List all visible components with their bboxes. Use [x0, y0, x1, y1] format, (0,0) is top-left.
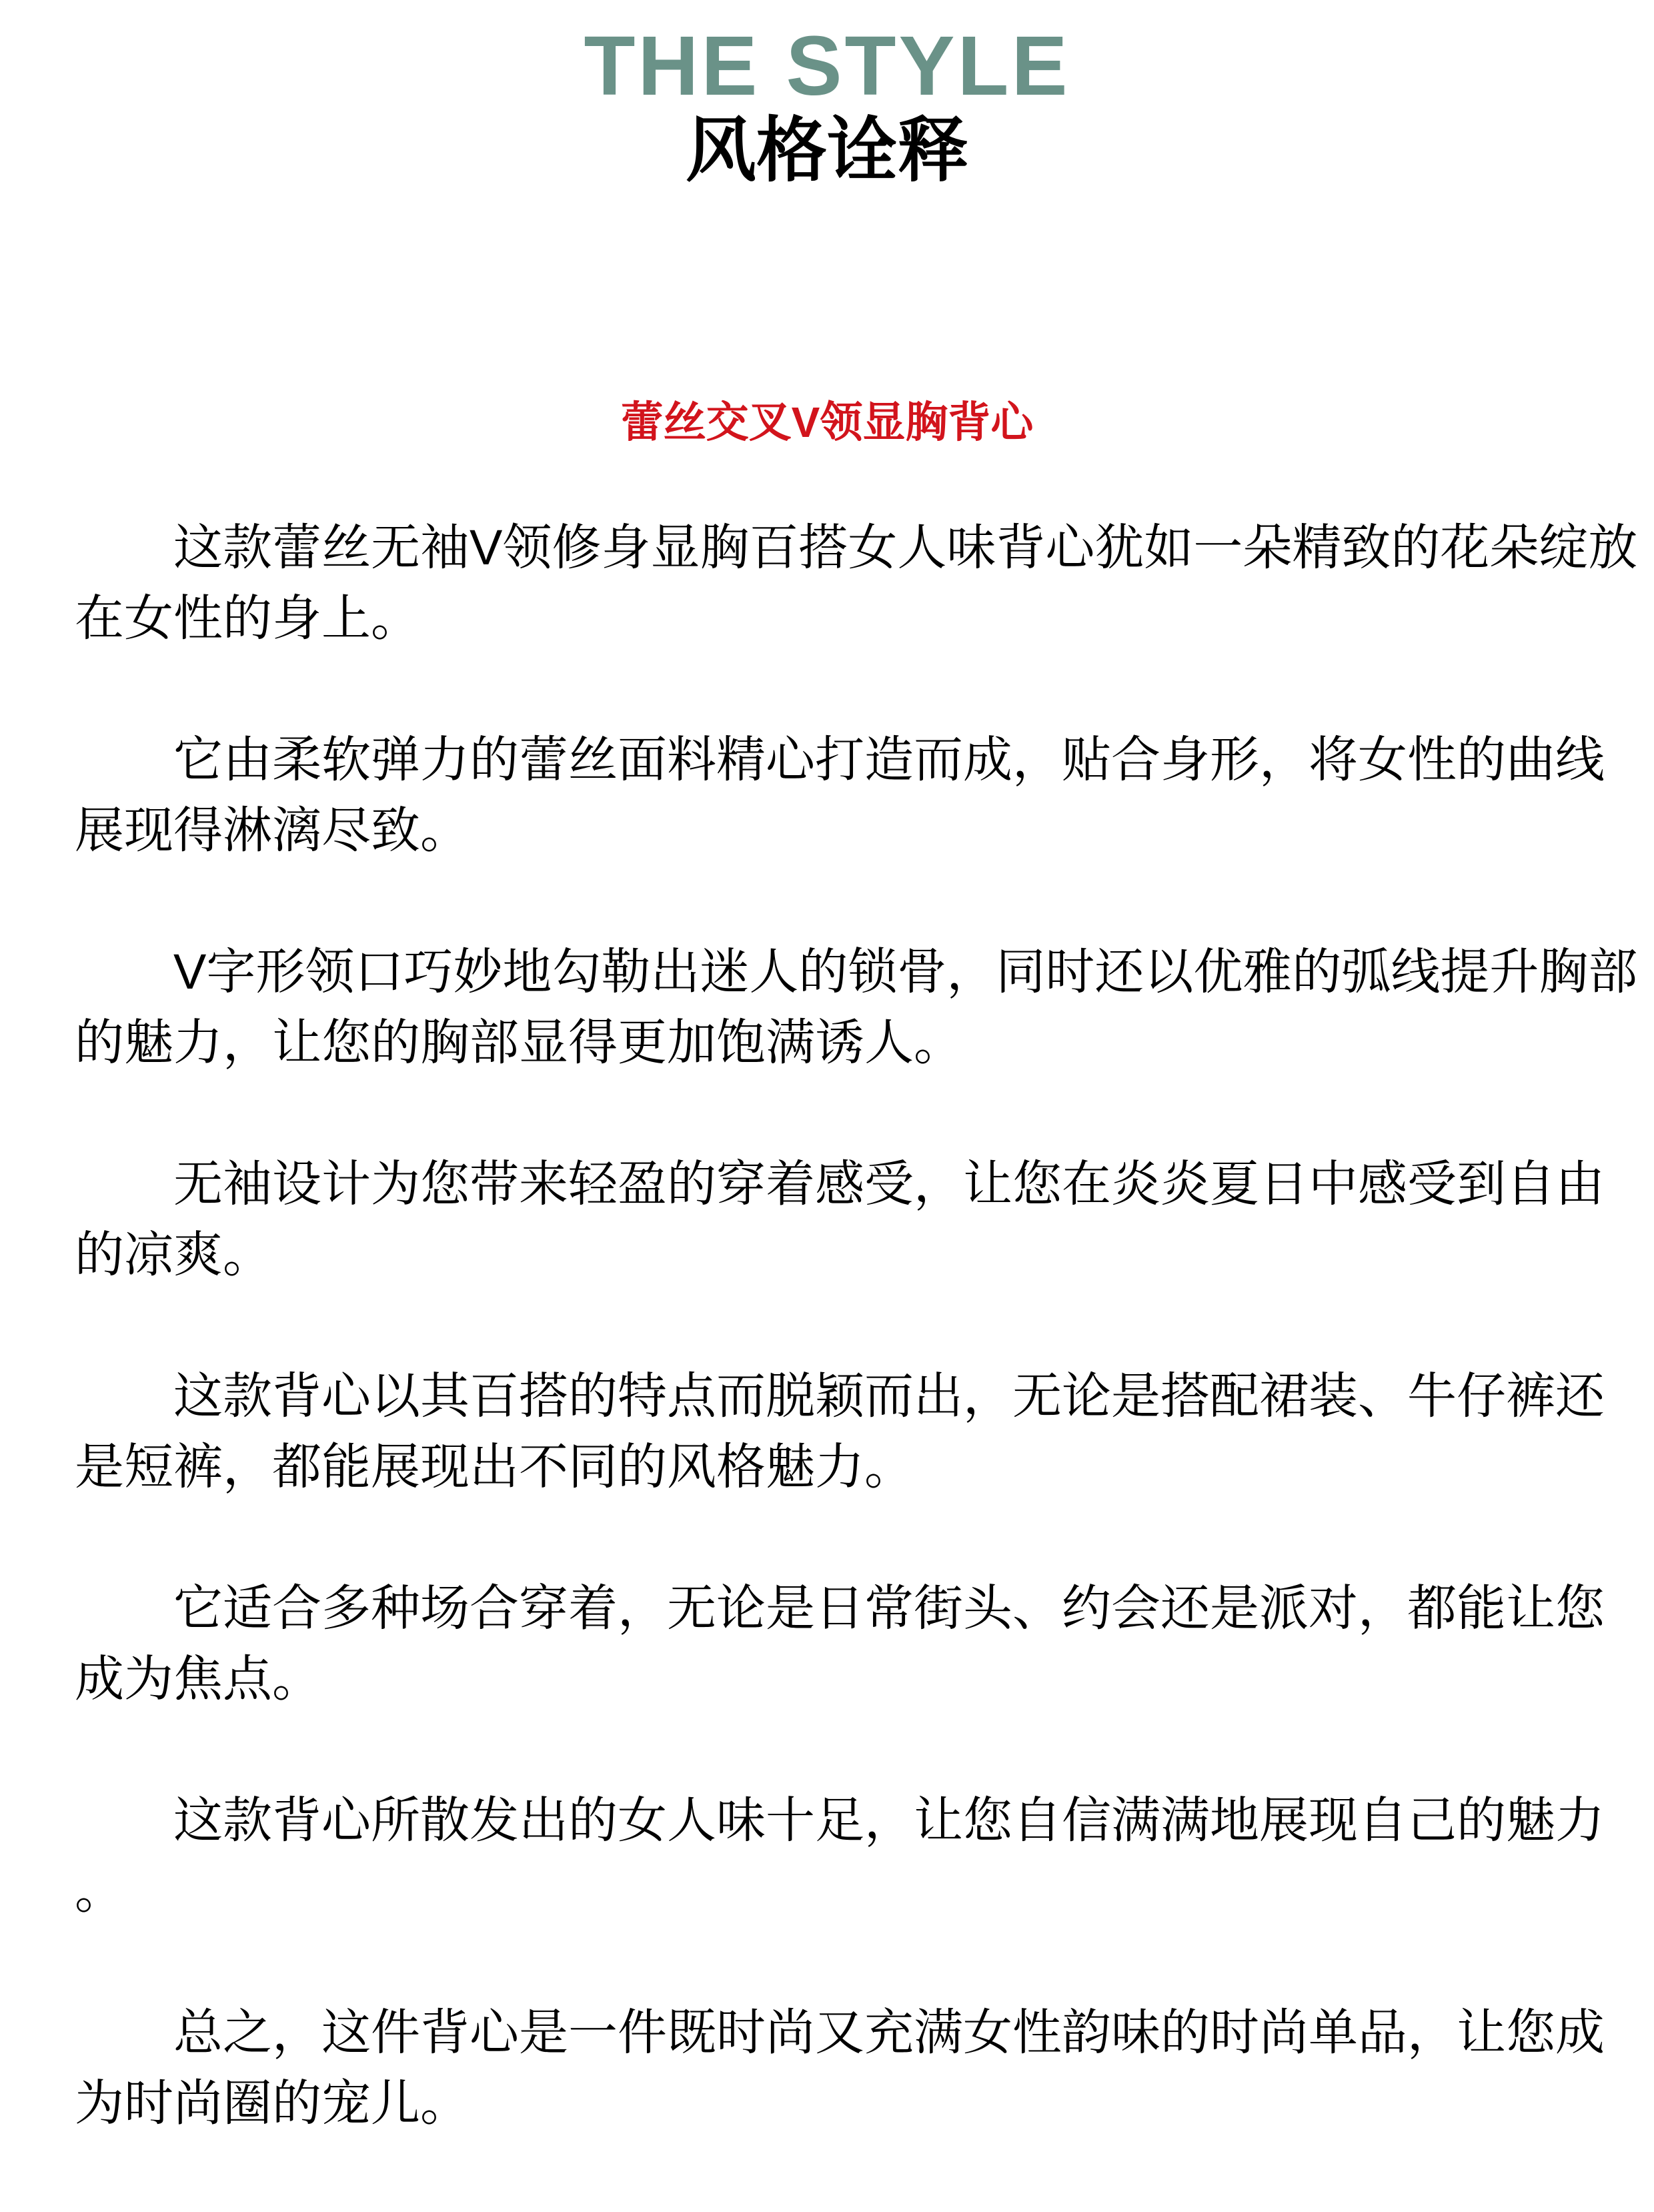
paragraph-line: 这款蕾丝无袖V领修身显胸百搭女人味背心犹如一朵精致的花朵绽放 [75, 512, 1627, 583]
product-name-subtitle: 蕾丝交叉V领显胸背心 [0, 400, 1654, 444]
paragraph: V字形领口巧妙地勾勒出迷人的锁骨，同时还以优雅的弧线提升胸部 的魅力，让您的胸部… [75, 937, 1627, 1078]
description-body: 这款蕾丝无袖V领修身显胸百搭女人味背心犹如一朵精致的花朵绽放 在女性的身上。 它… [75, 512, 1627, 2139]
paragraph-line: 在女性的身上。 [75, 583, 1627, 654]
paragraph: 这款蕾丝无袖V领修身显胸百搭女人味背心犹如一朵精致的花朵绽放 在女性的身上。 [75, 512, 1627, 654]
paragraph: 这款背心以其百搭的特点而脱颖而出，无论是搭配裙装、牛仔裤还 是短裤，都能展现出不… [75, 1361, 1627, 1502]
paragraph-line: 成为焦点。 [75, 1644, 1627, 1714]
paragraph-line: 它适合多种场合穿着，无论是日常街头、约会还是派对，都能让您 [75, 1573, 1627, 1644]
paragraph-line: 展现得淋漓尽致。 [75, 795, 1627, 866]
paragraph-line: 是短裤，都能展现出不同的风格魅力。 [75, 1432, 1627, 1502]
paragraph-line: 为时尚圈的宠儿。 [75, 2068, 1627, 2139]
paragraph: 这款背心所散发出的女人味十足，让您自信满满地展现自己的魅力 。 [75, 1785, 1627, 1926]
paragraph-line: 。 [75, 1856, 1627, 1926]
product-description-page: THE STYLE 风格诠释 蕾丝交叉V领显胸背心 这款蕾丝无袖V领修身显胸百搭… [0, 0, 1654, 2212]
paragraph-line: 的凉爽。 [75, 1219, 1627, 1290]
page-title-chinese: 风格诠释 [0, 113, 1654, 188]
paragraph: 总之，这件背心是一件既时尚又充满女性韵味的时尚单品，让您成 为时尚圈的宠儿。 [75, 1997, 1627, 2139]
paragraph-line: 无袖设计为您带来轻盈的穿着感受，让您在炎炎夏日中感受到自由 [75, 1149, 1627, 1219]
paragraph: 它适合多种场合穿着，无论是日常街头、约会还是派对，都能让您 成为焦点。 [75, 1573, 1627, 1714]
paragraph-line: V字形领口巧妙地勾勒出迷人的锁骨，同时还以优雅的弧线提升胸部 [75, 937, 1627, 1007]
paragraph-line: 这款背心以其百搭的特点而脱颖而出，无论是搭配裙装、牛仔裤还 [75, 1361, 1627, 1432]
paragraph-line: 这款背心所散发出的女人味十足，让您自信满满地展现自己的魅力 [75, 1785, 1627, 1856]
paragraph-line: 它由柔软弹力的蕾丝面料精心打造而成，贴合身形，将女性的曲线 [75, 724, 1627, 795]
paragraph: 无袖设计为您带来轻盈的穿着感受，让您在炎炎夏日中感受到自由 的凉爽。 [75, 1149, 1627, 1290]
paragraph-line: 总之，这件背心是一件既时尚又充满女性韵味的时尚单品，让您成 [75, 1997, 1627, 2068]
page-title-english: THE STYLE [0, 0, 1654, 109]
paragraph: 它由柔软弹力的蕾丝面料精心打造而成，贴合身形，将女性的曲线 展现得淋漓尽致。 [75, 724, 1627, 866]
header: THE STYLE 风格诠释 蕾丝交叉V领显胸背心 [0, 0, 1654, 444]
paragraph-line: 的魅力，让您的胸部显得更加饱满诱人。 [75, 1007, 1627, 1078]
